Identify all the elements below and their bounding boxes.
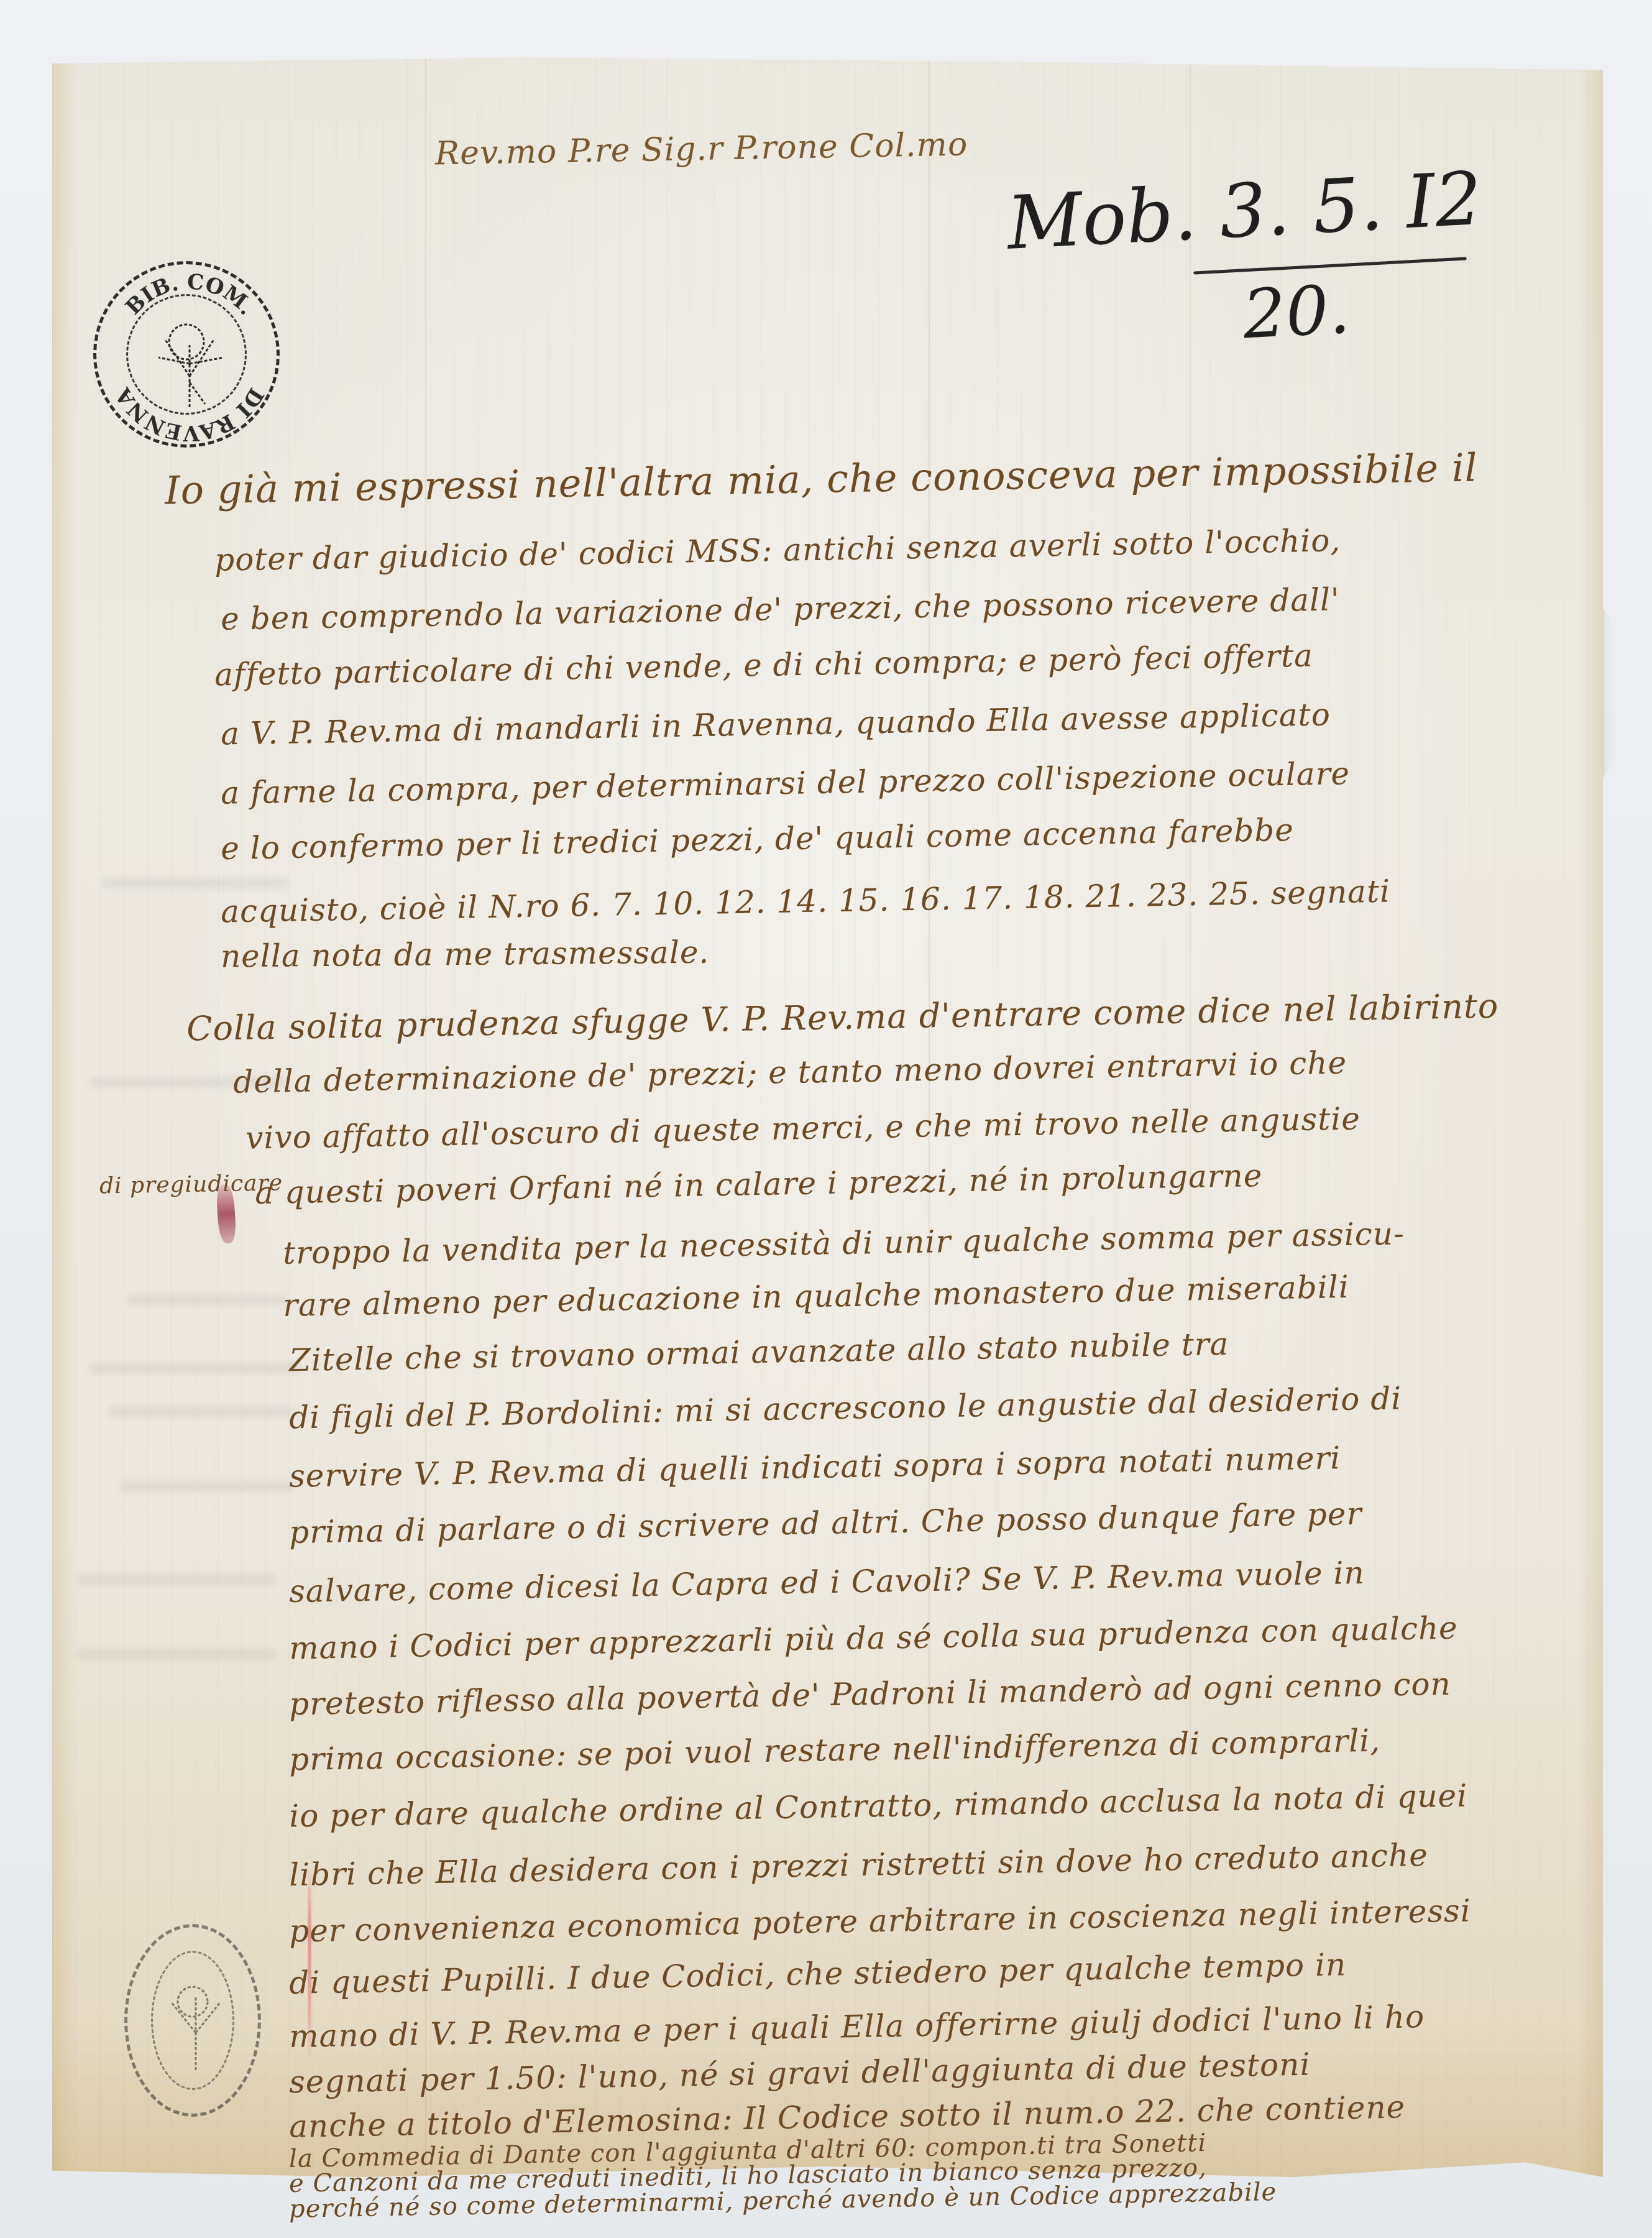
library-stamp-top: BIB. COM. DI RAVENNA (93, 261, 280, 448)
wheat-sheaf-icon (127, 1927, 264, 2120)
show-through-text (77, 1574, 276, 1585)
svg-text:BIB. COM.: BIB. COM. (121, 269, 259, 320)
show-through-text (77, 1649, 276, 1660)
show-through-text (127, 1294, 288, 1305)
library-stamp-bottom (124, 1924, 261, 2117)
shelfmark-subnumber: 20. (1241, 271, 1352, 354)
wheat-sheaf-icon: BIB. COM. DI RAVENNA (96, 264, 283, 451)
show-through-text (108, 1406, 295, 1417)
show-through-text (121, 1481, 295, 1492)
show-through-text (102, 878, 288, 889)
show-through-text (89, 1363, 301, 1374)
svg-text:DI RAVENNA: DI RAVENNA (111, 383, 268, 445)
letter-line: nella nota da me trasmessale. (221, 937, 710, 972)
